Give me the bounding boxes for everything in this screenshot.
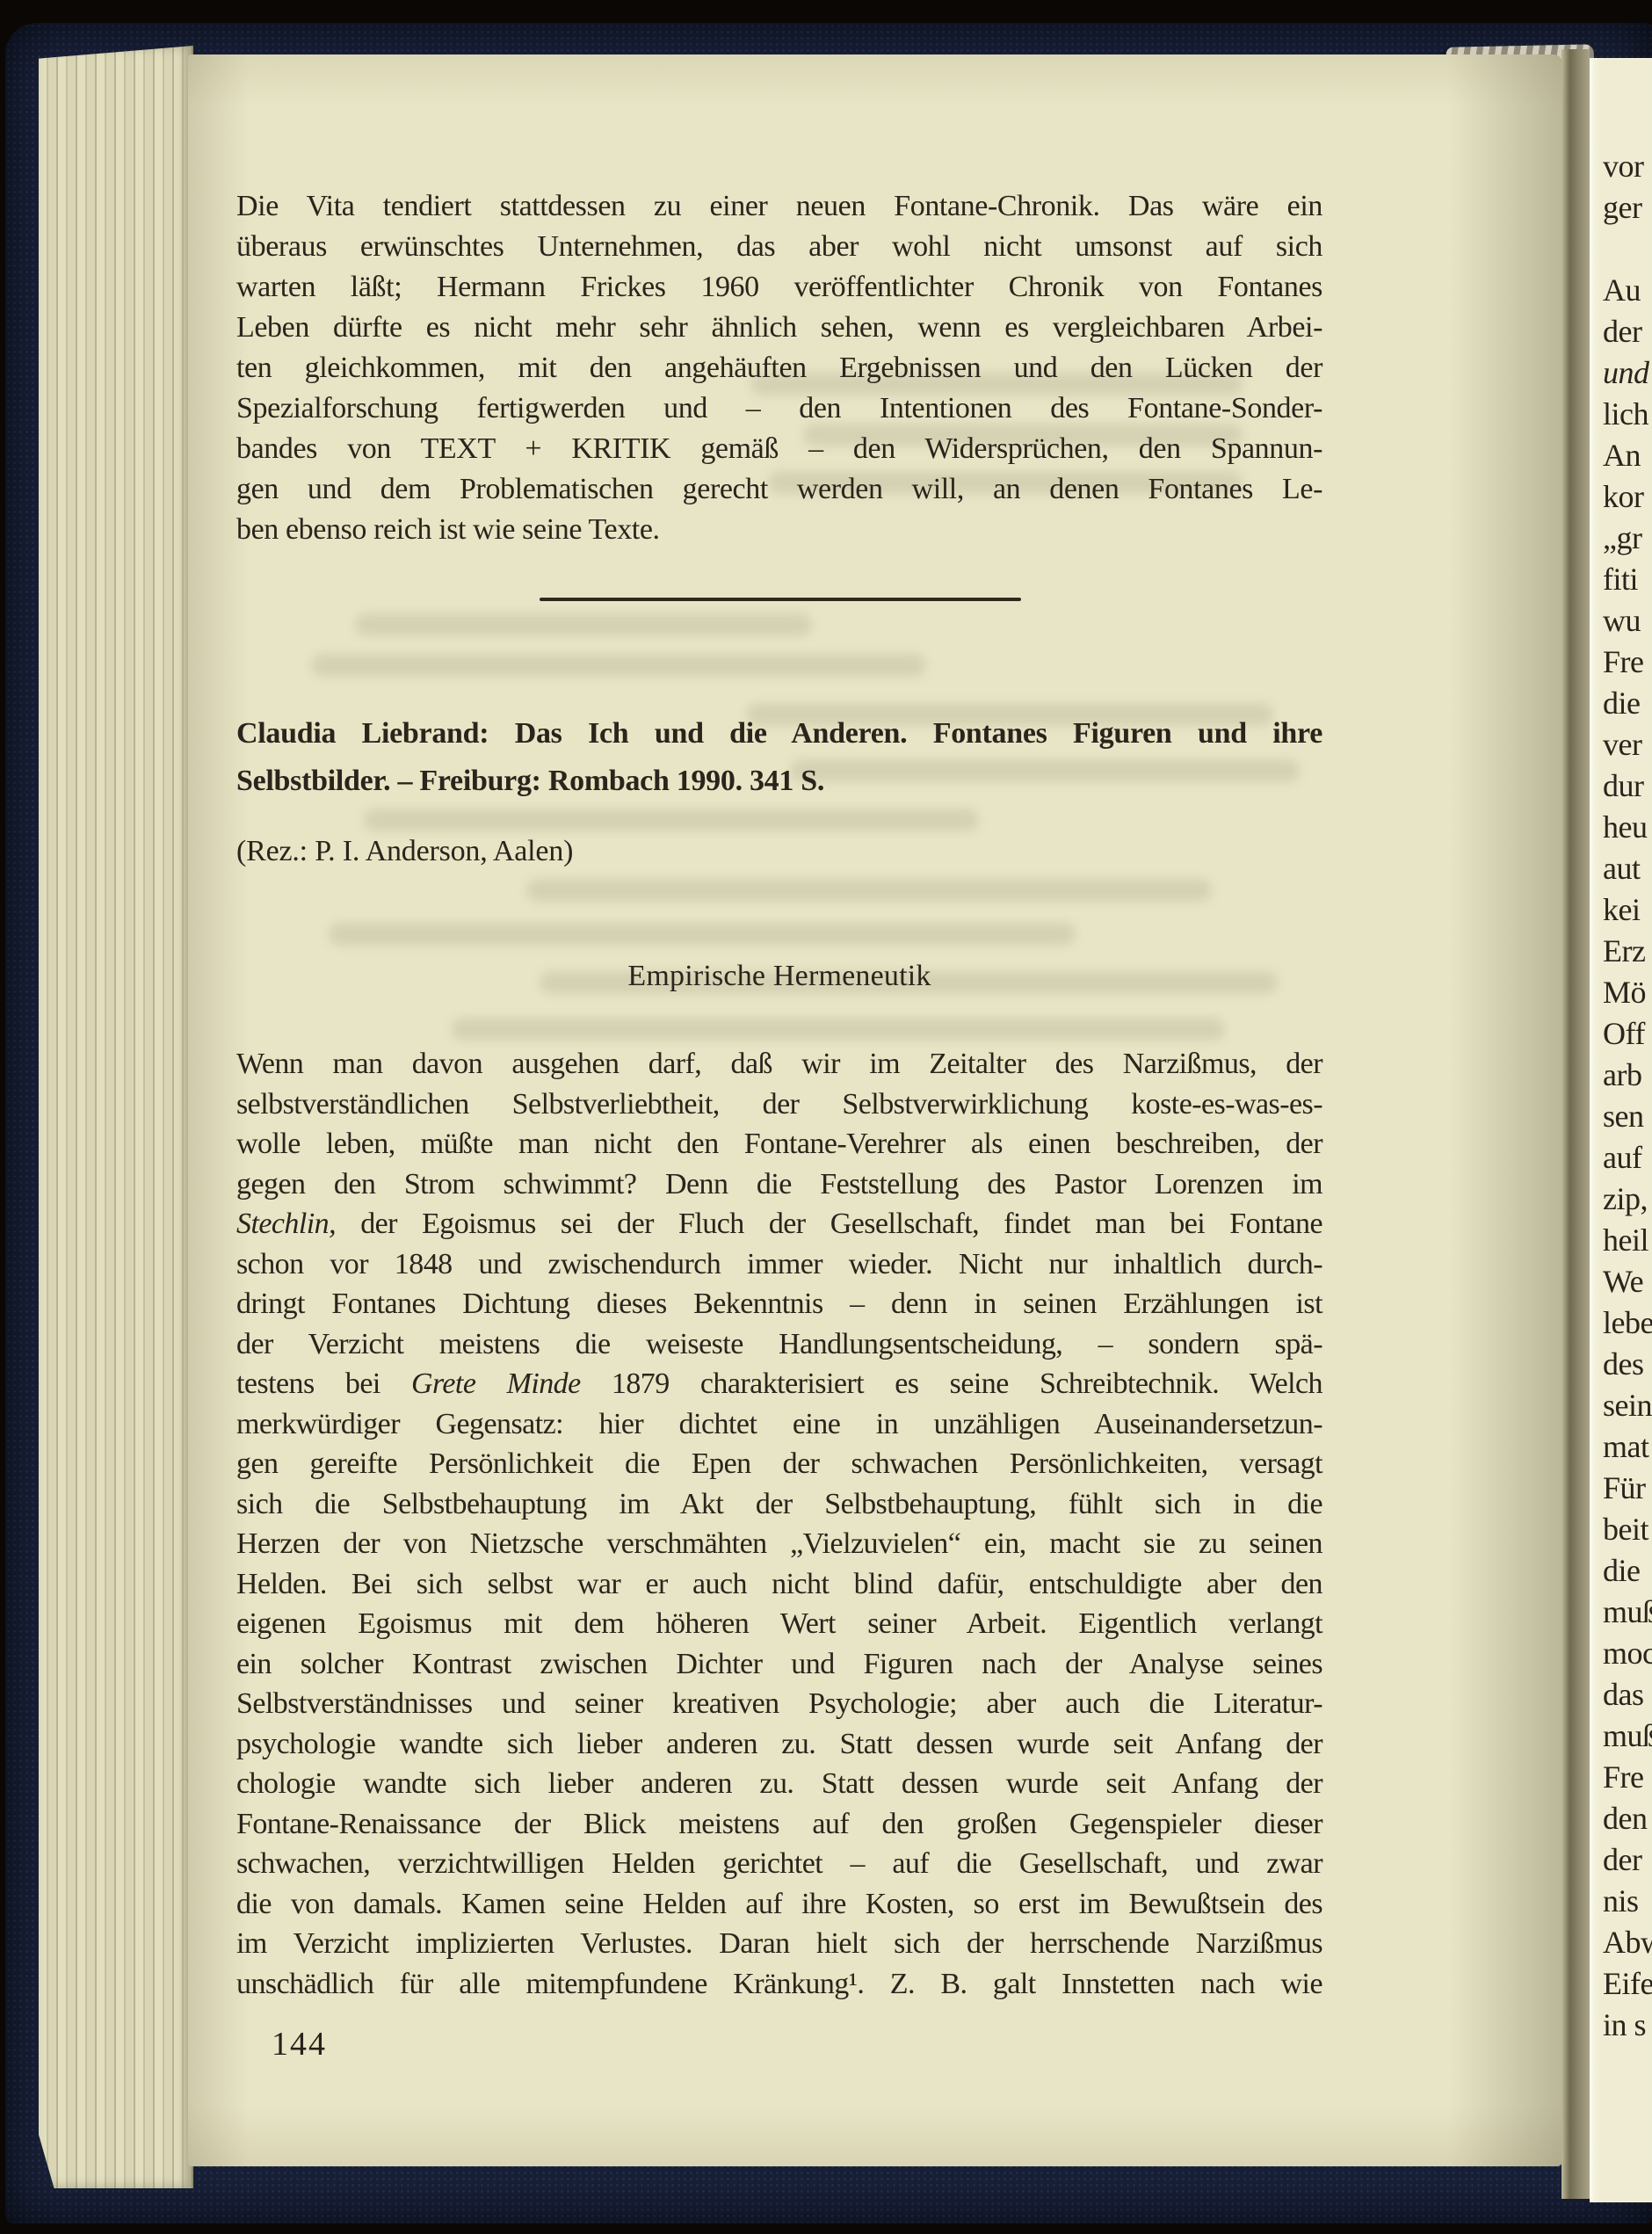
text-line: Au bbox=[1603, 270, 1652, 311]
text-line: fiti bbox=[1603, 559, 1652, 600]
text-line: dringt Fontanes Dichtung dieses Bekenntn… bbox=[236, 1284, 1322, 1324]
text-line: muß bbox=[1603, 1592, 1652, 1633]
text-line: der bbox=[1603, 1839, 1652, 1881]
text-line: ein solcher Kontrast zwischen Dichter un… bbox=[236, 1644, 1322, 1685]
text-line: den bbox=[1603, 1798, 1652, 1839]
text-line: We bbox=[1603, 1261, 1652, 1302]
text-line: sen bbox=[1603, 1096, 1652, 1137]
text-line: die von damals. Kamen seine Helden auf i… bbox=[236, 1884, 1322, 1925]
section-divider-rule bbox=[540, 598, 1021, 601]
text-line: Für bbox=[1603, 1468, 1652, 1509]
text-line: vor bbox=[1603, 146, 1652, 187]
text-line: heu bbox=[1603, 807, 1652, 848]
reviewer-line: (Rez.: P. I. Anderson, Aalen) bbox=[236, 835, 573, 868]
text-line: des bbox=[1603, 1344, 1652, 1385]
text-line: kei bbox=[1603, 889, 1652, 931]
text-line: muß bbox=[1603, 1715, 1652, 1757]
text-line: Fre bbox=[1603, 642, 1652, 683]
text-line: kor bbox=[1603, 476, 1652, 518]
text-line: ben ebenso reich ist wie seine Texte. bbox=[236, 510, 1322, 550]
text-line: dur bbox=[1603, 765, 1652, 807]
text-line: eigenen Egoismus mit dem höheren Wert se… bbox=[236, 1604, 1322, 1644]
text-line: heil bbox=[1603, 1220, 1652, 1261]
review-heading: Claudia Liebrand: Das Ich und die Andere… bbox=[236, 710, 1322, 805]
text-line: Die Vita tendiert stattdessen zu einer n… bbox=[236, 186, 1322, 227]
text-line: nis bbox=[1603, 1881, 1652, 1922]
text-line: ten gleichkommen, mit den angehäuften Er… bbox=[236, 348, 1322, 388]
text-line: Abw bbox=[1603, 1922, 1652, 1963]
text-line: bandes von TEXT + KRITIK gemäß – den Wid… bbox=[236, 429, 1322, 469]
text-line: testens bei Grete Minde 1879 charakteris… bbox=[236, 1364, 1322, 1404]
gutter-shadow bbox=[1561, 49, 1590, 2199]
text-line: zip, bbox=[1603, 1179, 1652, 1220]
text-line: Stechlin, der Egoismus sei der Fluch der… bbox=[236, 1204, 1322, 1244]
text-line: die bbox=[1603, 1550, 1652, 1592]
right-page-text-fragments: vorger AuderundlichAnkor„grfitiwuFrediev… bbox=[1603, 146, 1652, 2046]
text-line: Leben dürfte es nicht mehr sehr ähnlich … bbox=[236, 308, 1322, 348]
text-line: überaus erwünschtes Unternehmen, das abe… bbox=[236, 227, 1322, 267]
page-stack-edges bbox=[39, 46, 193, 2188]
text-line: An bbox=[1603, 435, 1652, 476]
text-line: gen und dem Problematischen gerecht werd… bbox=[236, 469, 1322, 510]
text-line: wolle leben, müßte man nicht den Fontane… bbox=[236, 1124, 1322, 1164]
section-heading: Empirische Hermeneutik bbox=[236, 960, 1322, 993]
text-line: mat bbox=[1603, 1426, 1652, 1468]
text-line: Off bbox=[1603, 1013, 1652, 1055]
text-line: warten läßt; Hermann Frickes 1960 veröff… bbox=[236, 267, 1322, 308]
text-line: sein bbox=[1603, 1385, 1652, 1426]
review-body-paragraph: Wenn man davon ausgehen darf, daß wir im… bbox=[236, 1044, 1322, 2004]
text-line: selbstverständlichen Selbstverliebtheit,… bbox=[236, 1084, 1322, 1125]
text-line: auf bbox=[1603, 1137, 1652, 1179]
text-line: Claudia Liebrand: Das Ich und die Andere… bbox=[236, 710, 1322, 758]
text-line: Wenn man davon ausgehen darf, daß wir im… bbox=[236, 1044, 1322, 1084]
text-line: schwachen, verzichtwilligen Helden geric… bbox=[236, 1844, 1322, 1884]
text-line: Selbstbilder. – Freiburg: Rombach 1990. … bbox=[236, 758, 1322, 805]
text-line: Eife bbox=[1603, 1963, 1652, 2005]
text-line: die bbox=[1603, 683, 1652, 724]
left-page: Die Vita tendiert stattdessen zu einer n… bbox=[188, 54, 1562, 2166]
text-line: aut bbox=[1603, 848, 1652, 889]
text-line: chologie wandte sich lieber anderen zu. … bbox=[236, 1764, 1322, 1804]
text-line: merkwürdiger Gegensatz: hier dichtet ein… bbox=[236, 1404, 1322, 1445]
text-line: Herzen der von Nietzsche verschmähten „V… bbox=[236, 1524, 1322, 1564]
text-line: ger bbox=[1603, 187, 1652, 228]
text-line: arb bbox=[1603, 1055, 1652, 1096]
paragraph-fontane-chronik: Die Vita tendiert stattdessen zu einer n… bbox=[236, 186, 1322, 550]
text-line: Fre bbox=[1603, 1757, 1652, 1798]
text-line: der bbox=[1603, 311, 1652, 352]
text-line: gegen den Strom schwimmt? Denn die Fests… bbox=[236, 1164, 1322, 1205]
text-line: Fontane-Renaissance der Blick meistens a… bbox=[236, 1804, 1322, 1845]
text-line: gen gereifte Persönlichkeit die Epen der… bbox=[236, 1444, 1322, 1484]
text-line: wu bbox=[1603, 600, 1652, 642]
right-page-sliver: vorger AuderundlichAnkor„grfitiwuFrediev… bbox=[1590, 58, 1652, 2202]
text-line bbox=[1603, 228, 1652, 270]
text-line: und bbox=[1603, 352, 1652, 394]
text-line: beit bbox=[1603, 1509, 1652, 1550]
text-line: psychologie wandte sich lieber anderen z… bbox=[236, 1724, 1322, 1765]
text-line: sich die Selbstbehauptung im Akt der Sel… bbox=[236, 1484, 1322, 1525]
text-line: im Verzicht implizierten Verlustes. Dara… bbox=[236, 1924, 1322, 1964]
text-line: Selbstverständnisses und seiner kreative… bbox=[236, 1684, 1322, 1724]
text-line: lebe bbox=[1603, 1302, 1652, 1344]
text-line: moc bbox=[1603, 1633, 1652, 1674]
text-line: das bbox=[1603, 1674, 1652, 1715]
text-line: in s bbox=[1603, 2005, 1652, 2046]
text-line: ver bbox=[1603, 724, 1652, 765]
text-line: unschädlich für alle mitempfundene Kränk… bbox=[236, 1964, 1322, 2005]
text-line: lich bbox=[1603, 394, 1652, 435]
text-line: Erz bbox=[1603, 931, 1652, 972]
text-line: Mö bbox=[1603, 972, 1652, 1013]
text-line: Helden. Bei sich selbst war er auch nich… bbox=[236, 1564, 1322, 1605]
text-line: schon vor 1848 und zwischendurch immer w… bbox=[236, 1244, 1322, 1285]
page-number: 144 bbox=[272, 2025, 327, 2064]
text-line: der Verzicht meistens die weiseste Handl… bbox=[236, 1324, 1322, 1365]
text-line: Spezialforschung fertigwerden und – den … bbox=[236, 388, 1322, 429]
text-column: Die Vita tendiert stattdessen zu einer n… bbox=[236, 54, 1322, 2166]
text-line: „gr bbox=[1603, 518, 1652, 559]
